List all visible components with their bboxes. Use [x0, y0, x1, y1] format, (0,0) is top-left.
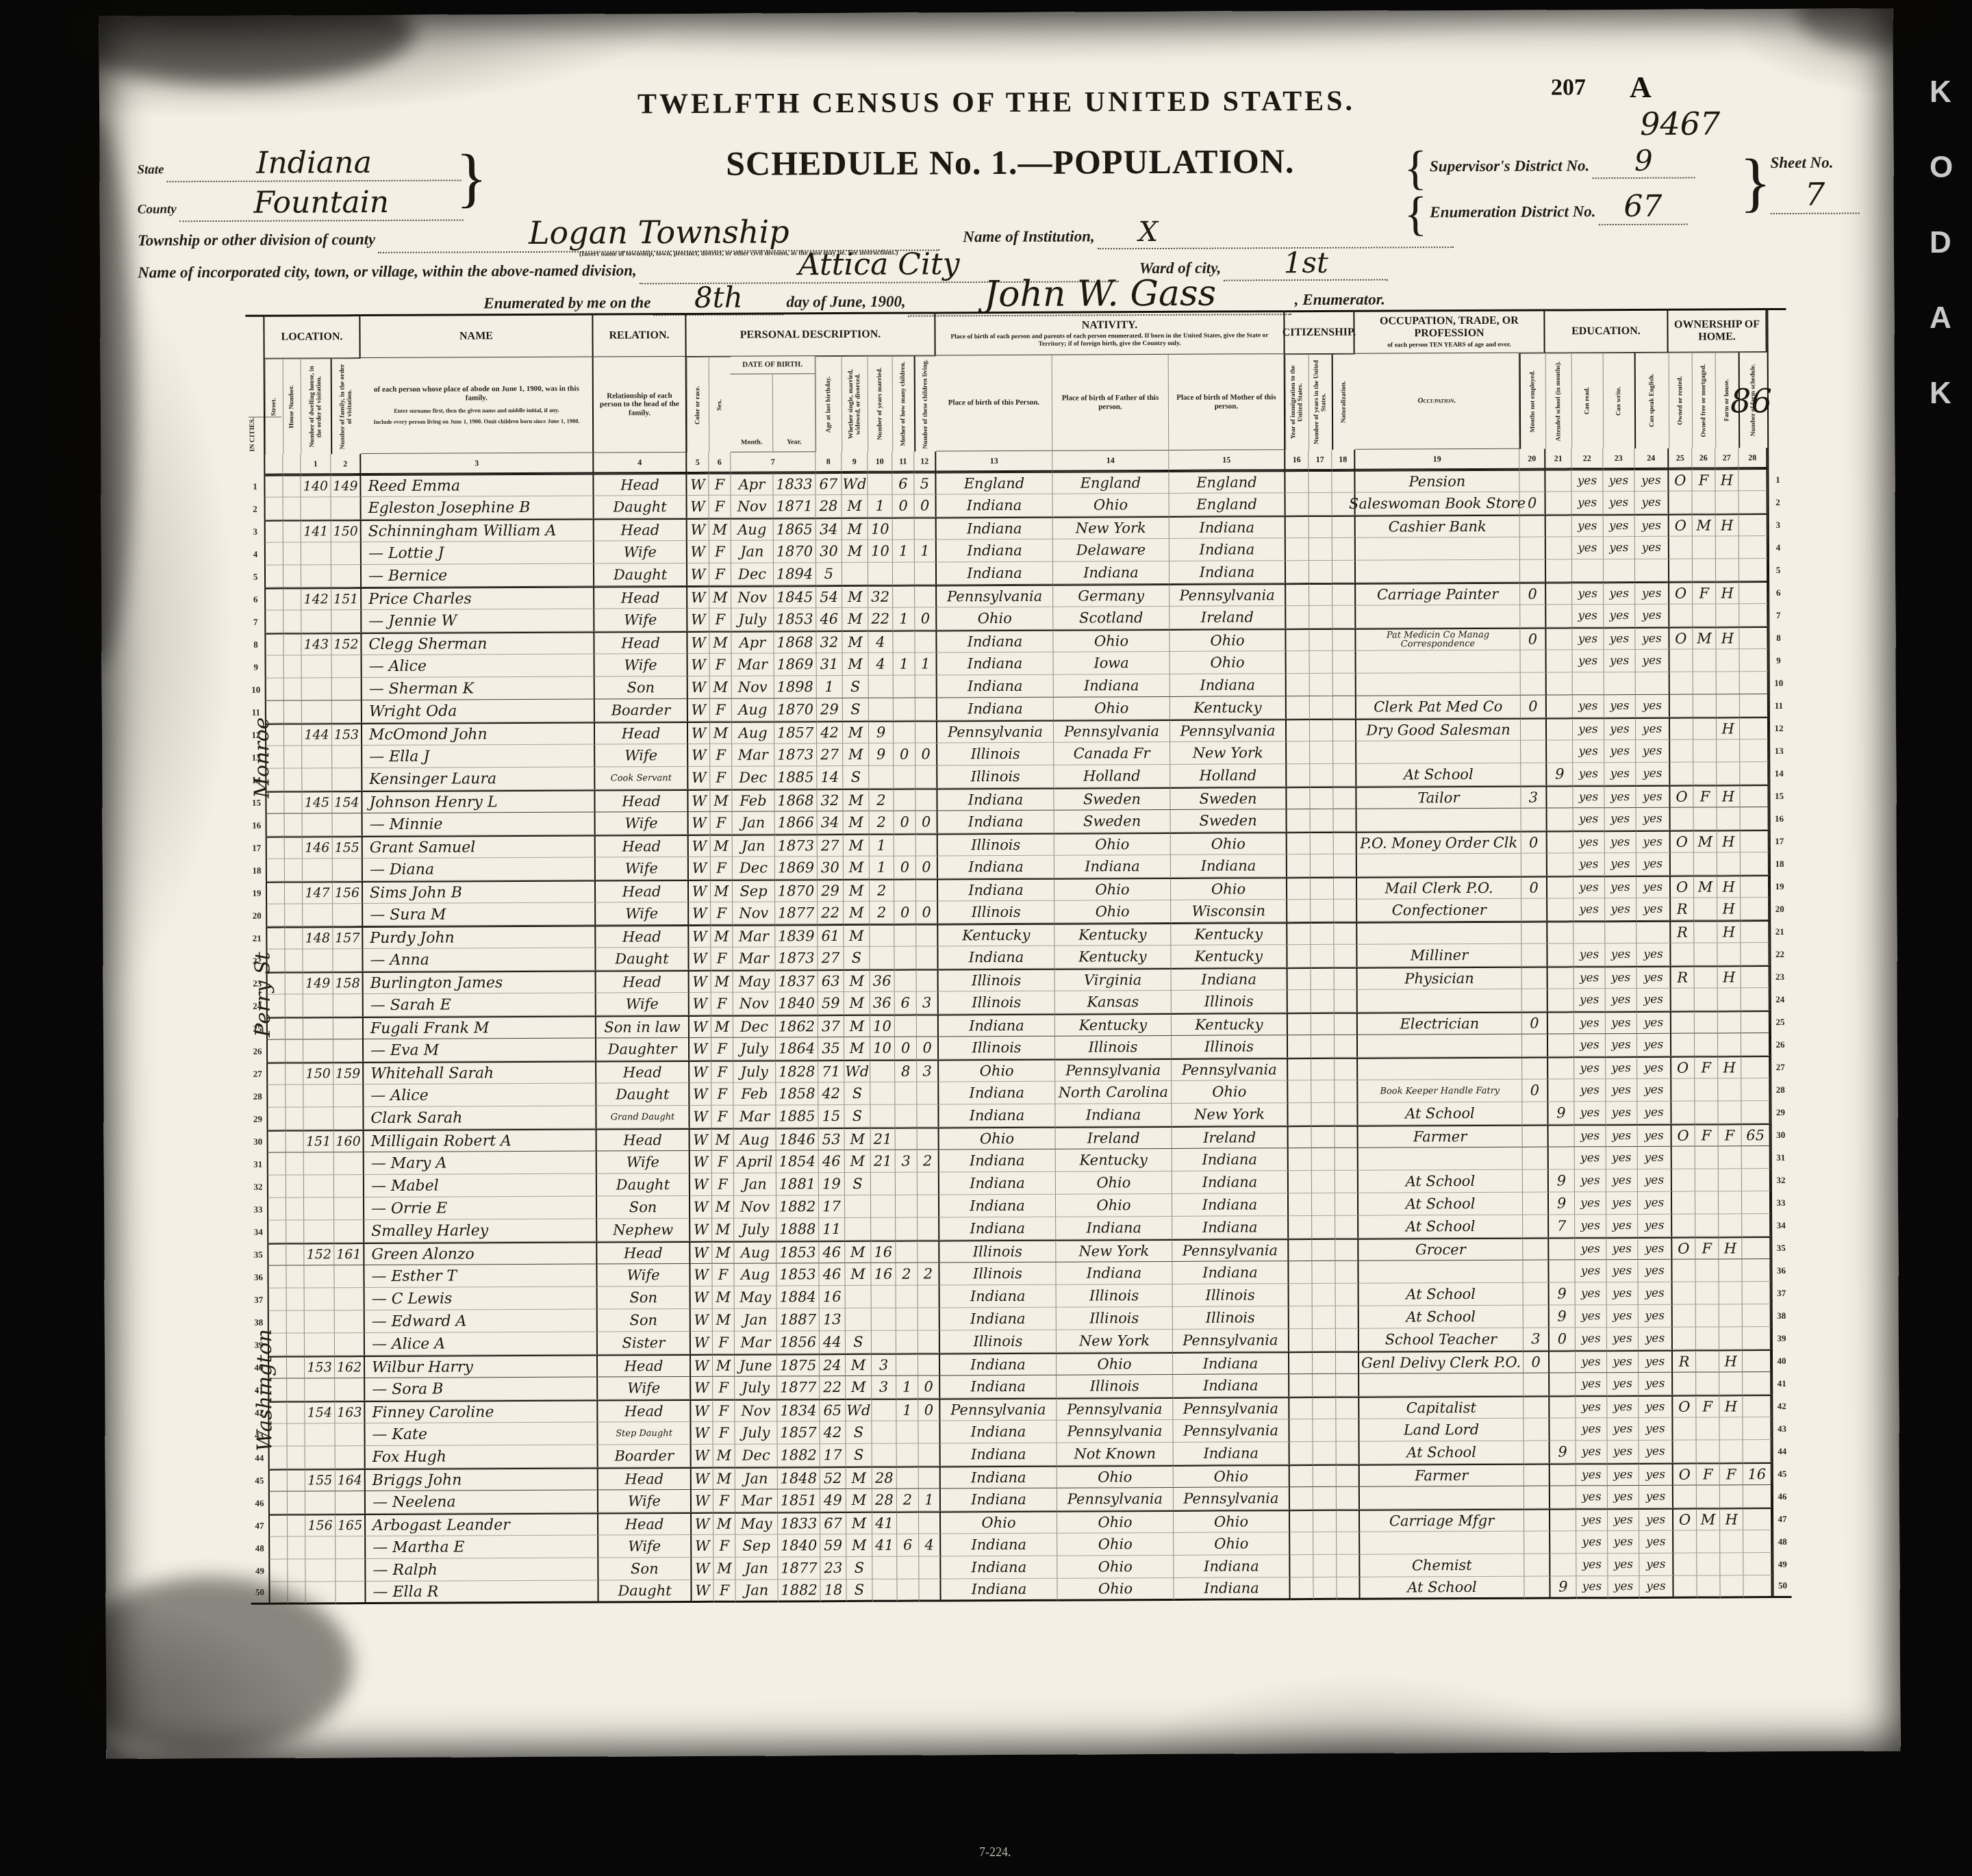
line-number: 47	[251, 1514, 270, 1537]
cell-occ: School Teacher	[1359, 1328, 1524, 1352]
cell-mar: S	[846, 1444, 872, 1467]
cell-dw	[304, 1197, 334, 1220]
column-group-header: CITIZENSHIP.	[1285, 310, 1354, 354]
cell-rel: Head	[598, 1512, 692, 1536]
cell-wr: yes	[1604, 627, 1635, 650]
cell-ym: 9	[869, 744, 894, 766]
cell-street	[270, 1492, 288, 1514]
cell-mar: M	[842, 631, 868, 653]
cell-fs	[1739, 468, 1767, 491]
cell-wr: yes	[1608, 1463, 1639, 1486]
cell-rd: yes	[1572, 514, 1604, 537]
cell-dw	[303, 904, 333, 926]
cell-name: — Anna	[363, 948, 596, 972]
cell-name: — Eva M	[364, 1039, 596, 1062]
cell-bm: Mar	[733, 1105, 776, 1128]
cell-sch	[1545, 469, 1571, 492]
cell-mo: 1	[894, 653, 915, 676]
cell-wr: yes	[1607, 1350, 1639, 1373]
cell-en: yes	[1639, 1418, 1673, 1441]
cell-street	[268, 1108, 286, 1130]
cell-mar: M	[842, 518, 868, 540]
cell-fam	[331, 565, 362, 587]
cell-pob: Indiana	[937, 517, 1053, 540]
cell-bm: Dec	[731, 563, 774, 585]
cell-rel: Head	[596, 1061, 690, 1084]
cell-fam: 163	[335, 1401, 365, 1423]
cell-pf: Ohio	[1057, 1465, 1174, 1488]
cell-sch: 9	[1550, 1576, 1576, 1599]
cell-fh: H	[1716, 514, 1739, 536]
cell-fs	[1740, 672, 1769, 694]
cell-own	[1671, 1079, 1695, 1102]
cell-wr: yes	[1604, 740, 1636, 763]
cell-bm: Jan	[733, 811, 775, 834]
line-number: 5	[1768, 559, 1787, 581]
cell-fh: H	[1715, 468, 1739, 491]
cell-fh	[1717, 762, 1740, 785]
cell-rel: Cook Servant	[595, 767, 688, 790]
cell-bm: Mar	[733, 924, 775, 947]
cell-house	[283, 520, 301, 542]
cell-imm	[1288, 990, 1311, 1013]
cell-mne	[1521, 673, 1547, 696]
cell-mne	[1520, 537, 1546, 560]
cell-house	[285, 881, 303, 904]
cell-age: 34	[818, 811, 844, 834]
cell-ym	[869, 676, 894, 698]
cell-wr: yes	[1606, 1215, 1638, 1237]
cell-sch	[1550, 1508, 1576, 1531]
column-group-header: LOCATION.	[264, 314, 360, 359]
cell-color: W	[688, 676, 710, 699]
line-number: 46	[1772, 1485, 1791, 1508]
cell-wr	[1604, 672, 1636, 695]
cell-mar: Wd	[846, 1399, 872, 1421]
cell-sch: 9	[1547, 763, 1573, 785]
cell-house	[288, 1491, 305, 1514]
cell-mf: F	[1696, 1395, 1719, 1417]
cell-sch	[1549, 1124, 1575, 1147]
cell-fs	[1740, 717, 1769, 739]
cell-by: 1894	[774, 563, 816, 585]
line-number: 12	[247, 724, 266, 746]
cell-mne	[1521, 650, 1547, 673]
state-line: State Indiana	[137, 144, 461, 182]
line-number: 31	[249, 1153, 268, 1176]
cell-mo: 6	[895, 992, 917, 1015]
cell-fs: 16	[1743, 1462, 1772, 1485]
cell-age: 44	[820, 1331, 846, 1354]
cell-yus	[1311, 922, 1334, 945]
cell-pf: Iowa	[1054, 652, 1170, 675]
line-number: 23	[249, 972, 268, 995]
cell-sex: M	[711, 880, 733, 902]
cell-fh: H	[1716, 626, 1739, 649]
line-number: 20	[1769, 898, 1788, 920]
line-number: 50	[1772, 1575, 1791, 1598]
cell-rel: Head	[596, 970, 690, 993]
cell-age: 32	[816, 631, 842, 653]
cell-mne: 0	[1520, 583, 1546, 605]
cell-dw	[304, 1152, 334, 1175]
cell-mar: Wd	[844, 1060, 870, 1082]
cell-imm	[1289, 1306, 1313, 1329]
cell-fh: H	[1717, 785, 1740, 807]
cell-mf	[1694, 898, 1717, 920]
cell-lv	[915, 720, 937, 743]
cell-ym	[870, 947, 894, 969]
cell-nat	[1335, 1148, 1358, 1171]
cell-sch	[1547, 831, 1573, 853]
cell-mar: M	[843, 789, 869, 811]
cell-street	[270, 1537, 288, 1560]
cell-imm	[1288, 1058, 1311, 1080]
scan-artifact	[1797, 0, 1954, 50]
cell-yus	[1311, 1080, 1335, 1103]
handwritten-code: 9467	[1640, 105, 1720, 142]
cell-pf: Kansas	[1055, 991, 1172, 1014]
cell-lv	[916, 946, 938, 969]
cell-sch	[1546, 537, 1572, 559]
census-scan: { "film": { "edge_letters": ["K","O","D"…	[0, 0, 1972, 1876]
cell-wr: yes	[1607, 1282, 1639, 1305]
cell-nat	[1337, 1442, 1360, 1465]
cell-yus	[1310, 651, 1333, 674]
cell-rd: yes	[1576, 1350, 1607, 1373]
cell-en: yes	[1638, 1124, 1672, 1147]
line-number: 10	[247, 679, 266, 701]
cell-sex: F	[709, 496, 731, 518]
cell-pf: Germany	[1053, 584, 1170, 607]
cell-occ	[1356, 605, 1520, 629]
cell-en	[1636, 672, 1670, 695]
cell-by: 1870	[775, 879, 818, 902]
cell-sex: F	[710, 654, 732, 676]
line-number: 48	[251, 1537, 270, 1560]
cell-bm: May	[735, 1286, 777, 1308]
cell-own: O	[1671, 876, 1694, 898]
cell-by: 1875	[777, 1354, 820, 1376]
cell-mne	[1520, 515, 1546, 537]
cell-sex: F	[711, 993, 733, 1015]
cell-mar: M	[846, 1467, 872, 1489]
cell-ym: 2	[870, 811, 894, 834]
cell-color: W	[690, 1151, 712, 1174]
cell-ym: 28	[872, 1489, 897, 1512]
line-number: 36	[1771, 1259, 1790, 1282]
cell-en	[1636, 921, 1671, 943]
cell-ym	[870, 1105, 895, 1128]
cell-own	[1673, 1486, 1697, 1508]
cell-dw: 147	[303, 881, 333, 904]
cell-imm	[1288, 1103, 1311, 1126]
cell-age: 59	[820, 1534, 846, 1557]
cell-by: 1858	[776, 1082, 818, 1105]
cell-fh: H	[1717, 898, 1741, 920]
cell-pf: Pennsylvania	[1057, 1420, 1173, 1443]
cell-fs	[1743, 1508, 1772, 1530]
cell-age: 30	[818, 857, 844, 879]
cell-occ: At School	[1358, 1102, 1522, 1126]
cell-pm: Pennsylvania	[1174, 1487, 1290, 1510]
cell-en: yes	[1636, 650, 1670, 672]
cell-yus	[1309, 606, 1332, 629]
cell-sch	[1550, 1395, 1576, 1418]
cell-rd: yes	[1576, 1328, 1607, 1350]
cell-wr: yes	[1607, 1328, 1639, 1350]
cell-name: Price Charles	[362, 587, 594, 610]
cell-name: Wilbur Harry	[365, 1355, 598, 1378]
cell-name: — Sarah E	[364, 993, 596, 1017]
cell-age: 29	[817, 698, 843, 721]
cell-yus	[1310, 764, 1333, 787]
cell-mne: 3	[1521, 786, 1547, 809]
cell-wr: yes	[1607, 1418, 1639, 1441]
cell-mo	[896, 1421, 918, 1444]
cell-nat	[1336, 1352, 1359, 1374]
cell-own	[1671, 989, 1695, 1011]
column-number: 6	[709, 453, 731, 473]
cell-yus	[1312, 1126, 1335, 1148]
cell-lv: 4	[919, 1534, 941, 1556]
column-header-fh: Farm or house.	[1715, 352, 1739, 448]
cell-mo: 6	[897, 1534, 919, 1557]
cell-rel: Wife	[596, 902, 689, 926]
cell-imm	[1287, 764, 1310, 787]
cell-mne	[1523, 1193, 1549, 1215]
cell-rd: yes	[1576, 1395, 1607, 1418]
cell-rd: yes	[1576, 1373, 1607, 1395]
cell-imm	[1290, 1442, 1313, 1465]
column-header-street: Street.IN CITIES.	[265, 359, 283, 455]
institution-label: Name of Institution,	[963, 227, 1094, 245]
cell-occ: Carriage Mfgr	[1360, 1509, 1524, 1532]
line-number: 9	[1769, 649, 1788, 672]
cell-pm: Sweden	[1171, 809, 1287, 833]
cell-mf	[1696, 1372, 1719, 1395]
line-number: 49	[251, 1560, 270, 1582]
cell-house	[286, 1085, 303, 1107]
cell-wr: yes	[1605, 943, 1636, 966]
in-cities-label: IN CITIES.	[249, 417, 281, 452]
cell-pf: Kentucky	[1056, 1149, 1172, 1172]
line-number: 33	[249, 1198, 268, 1221]
cell-fs	[1741, 988, 1770, 1011]
cell-en: yes	[1639, 1395, 1673, 1418]
cell-dw	[303, 813, 333, 836]
cell-name: Smalley Harley	[364, 1219, 597, 1243]
cell-fh	[1718, 1011, 1741, 1033]
cell-age: 37	[818, 1015, 844, 1037]
cell-fam	[333, 859, 363, 881]
cell-mne	[1522, 1035, 1548, 1057]
cell-name: — Jennie W	[362, 609, 594, 633]
cell-rd: yes	[1573, 943, 1605, 966]
cell-rel: Son	[598, 1558, 692, 1581]
column-number: 19	[1355, 449, 1519, 470]
cell-name: — Martha E	[366, 1536, 598, 1559]
cell-pm: Indiana	[1172, 1171, 1289, 1194]
cell-occ	[1360, 1532, 1524, 1555]
column-number: 4	[594, 453, 687, 474]
line-number: 8	[1768, 626, 1787, 649]
cell-by: 1840	[776, 992, 818, 1015]
cell-dw	[305, 1536, 336, 1559]
cell-rel: Daught	[594, 496, 687, 519]
cell-bm: May	[733, 969, 776, 992]
cell-rel: Daughter	[596, 1038, 690, 1061]
cell-sch	[1547, 898, 1573, 921]
line-number: 24	[249, 995, 268, 1017]
line-number: 17	[248, 837, 267, 859]
cell-mne	[1524, 1486, 1550, 1509]
cell-sch: 9	[1548, 1102, 1574, 1124]
cell-yus	[1313, 1577, 1337, 1600]
cell-nat	[1335, 1171, 1358, 1193]
cell-age: 17	[820, 1444, 846, 1467]
cell-mne	[1521, 899, 1547, 922]
cell-by: 1856	[777, 1331, 820, 1354]
cell-imm	[1286, 629, 1309, 651]
cell-pm: Ohio	[1170, 629, 1286, 652]
cell-pf: Ohio	[1057, 1510, 1174, 1534]
line-number: 13	[1769, 739, 1788, 762]
scan-artifact	[58, 0, 414, 85]
cell-fh	[1720, 1575, 1743, 1598]
cell-occ: Carriage Painter	[1356, 583, 1520, 606]
cell-fam	[331, 542, 362, 565]
cell-mne	[1521, 718, 1547, 741]
cell-house	[286, 1175, 304, 1197]
cell-sch	[1547, 650, 1573, 672]
cell-ym	[868, 472, 892, 495]
cell-rd: yes	[1571, 469, 1603, 492]
cell-mar: M	[844, 857, 870, 879]
cell-ym: 16	[871, 1263, 896, 1286]
cell-color: W	[690, 970, 711, 993]
cell-ym: 9	[869, 721, 894, 744]
cell-color: W	[688, 744, 710, 767]
cell-dw	[302, 700, 332, 723]
cell-color: W	[691, 1399, 713, 1422]
cell-mar: M	[846, 1534, 872, 1557]
cell-lv: 3	[917, 991, 939, 1014]
cell-own: R	[1671, 898, 1694, 921]
cell-nat	[1335, 1035, 1358, 1058]
cell-nat	[1336, 1419, 1359, 1442]
line-number: 14	[247, 769, 266, 791]
cell-color: W	[690, 1196, 712, 1219]
cell-color: W	[692, 1467, 713, 1490]
cell-bm: Jan	[731, 540, 774, 563]
cell-sex: F	[713, 1332, 735, 1354]
cell-dw: 141	[301, 520, 331, 542]
cell-nat	[1335, 1193, 1358, 1216]
cell-color: W	[691, 1309, 713, 1332]
cell-color: W	[690, 1061, 711, 1083]
cell-name: — Diana	[363, 858, 596, 881]
cell-age: 23	[820, 1557, 846, 1580]
cell-color: W	[692, 1445, 713, 1467]
cell-mo	[894, 924, 916, 947]
cell-fam	[333, 994, 364, 1017]
cell-mne	[1524, 1306, 1550, 1328]
cell-mo: 1	[893, 540, 915, 563]
cell-mne	[1523, 1170, 1549, 1193]
cell-lv	[919, 1466, 941, 1488]
column-header-dw: Number of dwelling house, in the order o…	[301, 358, 331, 454]
cell-mar: S	[844, 1105, 870, 1128]
cell-own	[1672, 1169, 1695, 1192]
cell-by: 1839	[775, 924, 818, 947]
cell-color: W	[690, 1038, 711, 1061]
cell-yus	[1311, 1013, 1335, 1035]
cell-en: yes	[1637, 989, 1671, 1011]
township-value: Logan Township	[529, 213, 789, 251]
column-header-occ: Occupation.	[1355, 353, 1520, 450]
cell-lv	[918, 1127, 939, 1150]
line-number: 48	[1772, 1530, 1791, 1553]
cell-mf	[1694, 807, 1717, 830]
cell-street	[266, 498, 283, 520]
cell-nat	[1337, 1510, 1360, 1532]
state-label: State	[137, 162, 164, 177]
cell-pob: Indiana	[938, 946, 1054, 969]
cell-occ	[1357, 854, 1521, 877]
cell-by: 1851	[778, 1489, 820, 1512]
page-title: TWELFTH CENSUS OF THE UNITED STATES.	[551, 84, 1441, 121]
cell-mf: M	[1694, 875, 1717, 898]
cell-fam	[335, 1333, 365, 1356]
cell-name: Finney Caroline	[365, 1400, 598, 1423]
cell-house	[286, 1107, 303, 1130]
cell-mar: M	[842, 608, 868, 631]
schedule-title: SCHEDULE No. 1.—POPULATION.	[633, 141, 1387, 184]
cell-rel: Head	[594, 586, 687, 609]
cell-fh	[1719, 1327, 1743, 1349]
cell-house	[286, 1220, 304, 1243]
cell-own: O	[1672, 1124, 1695, 1147]
cell-mar: M	[844, 969, 870, 992]
cell-by: 1833	[773, 472, 816, 495]
cell-ym: 3	[872, 1376, 896, 1399]
cell-street	[265, 475, 283, 498]
cell-pm: Kentucky	[1172, 1013, 1288, 1036]
column-header-sch: Attended school (in months).	[1545, 353, 1572, 448]
cell-pm: Indiana	[1170, 561, 1286, 584]
cell-own: O	[1673, 1508, 1697, 1531]
cell-dw: 152	[304, 1243, 334, 1265]
cell-lv	[916, 833, 938, 856]
cell-name: — Esther T	[364, 1265, 597, 1288]
cell-imm	[1286, 561, 1309, 583]
line-number: 17	[1769, 830, 1788, 852]
column-header-mo: Mother of how many children.	[892, 356, 915, 452]
cell-dw: 140	[301, 474, 331, 497]
column-number	[283, 454, 301, 474]
line-number: 34	[249, 1221, 268, 1243]
cell-street	[266, 746, 284, 769]
cell-en: yes	[1637, 1079, 1671, 1102]
cell-sch	[1547, 695, 1573, 718]
cell-age: 32	[817, 789, 843, 811]
cell-rel: Boarder	[595, 699, 688, 722]
cell-sex: F	[713, 1580, 735, 1603]
cell-wr: yes	[1606, 1147, 1638, 1169]
cell-street	[269, 1311, 287, 1334]
cell-fs	[1741, 1033, 1770, 1056]
